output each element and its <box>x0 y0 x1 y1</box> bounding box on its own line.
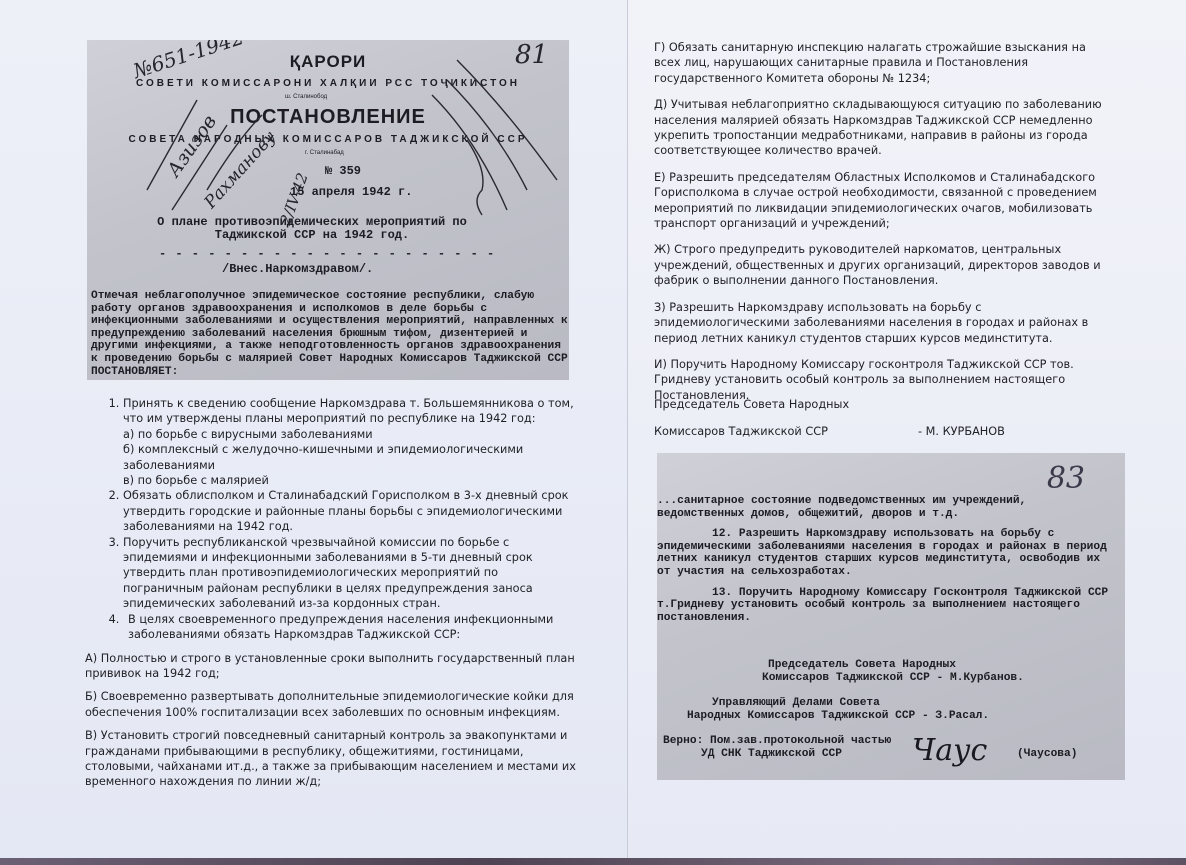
decree-text-left: Принять к сведению сообщение Наркомздрав… <box>102 396 582 790</box>
handwritten-page-number: 83 <box>1047 461 1085 496</box>
scan-certification: Верно: Пом.зав.протокольной частью УД СН… <box>663 735 891 760</box>
scan-body: ...санитарное состояние подведомственных… <box>657 495 1117 632</box>
scan-certifier-name: (Чаусова) <box>1017 748 1077 760</box>
list-item: Принять к сведению сообщение Наркомздрав… <box>123 396 582 488</box>
signature-block: Председатель Совета Народных Комиссаров … <box>654 398 1124 452</box>
handwriting-strokes <box>87 40 569 380</box>
lettered-item: И) Поручить Народному Комиссару госконтр… <box>654 357 1114 403</box>
decree-text-right: Г) Обязать санитарную инспекцию налагать… <box>654 40 1114 414</box>
lettered-item: В) Установить строгий повседневный санит… <box>85 728 582 790</box>
signature-title-line1: Председатель Совета Народных <box>654 398 1124 425</box>
archival-scan-decree-end: 83 ...санитарное состояние подведомствен… <box>657 453 1125 780</box>
scan-item-12: 12. Разрешить Наркомздраву использовать … <box>657 528 1117 578</box>
lettered-item: Е) Разрешить председателям Областных Исп… <box>654 170 1114 232</box>
handwritten-signature: Чаус <box>912 733 987 768</box>
scan-manager-signature: Управляющий Делами Совета Народных Комис… <box>687 697 989 722</box>
table-surface <box>0 858 1186 865</box>
sub-item: в) по борьбе с малярией <box>123 473 582 488</box>
signature-title-line2: Комиссаров Таджикской ССР <box>654 425 1124 452</box>
numbered-list: Принять к сведению сообщение Наркомздрав… <box>102 396 582 643</box>
scan-chair-signature: Председатель Совета Народных Комиссаров … <box>762 659 1024 684</box>
scan-fragment: ...санитарное состояние подведомственных… <box>657 495 1117 520</box>
list-item: Поручить республиканской чрезвычайной ко… <box>123 535 582 612</box>
sub-item: а) по борьбе с вирусными заболеваниями <box>123 427 582 442</box>
document-spread: №651-1942 81 ҚАРОРИ СОВЕТИ КОМИССАРОНИ Х… <box>0 0 1186 860</box>
sub-item: б) комплексный с желудочно-кишечными и э… <box>123 442 582 473</box>
signatory-name: - М. КУРБАНОВ <box>918 425 1005 438</box>
left-page: №651-1942 81 ҚАРОРИ СОВЕТИ КОМИССАРОНИ Х… <box>0 0 627 860</box>
lettered-item: Б) Своевременно развертывать дополнитель… <box>85 689 582 720</box>
lettered-item: Ж) Строго предупредить руководителей нар… <box>654 242 1114 288</box>
lettered-item: А) Полностью и строго в установленные ср… <box>85 651 582 682</box>
archival-scan-decree-header: №651-1942 81 ҚАРОРИ СОВЕТИ КОМИССАРОНИ Х… <box>87 40 569 380</box>
list-item: В целях своевременного предупреждения на… <box>123 612 582 643</box>
lettered-items-left: А) Полностью и строго в установленные ср… <box>85 651 582 790</box>
lettered-item: Д) Учитывая неблагоприятно складывающуюс… <box>654 97 1114 159</box>
scan-item-13: 13. Поручить Народному Комиссару Госконт… <box>657 587 1117 625</box>
lettered-item: З) Разрешить Наркомздраву использовать н… <box>654 300 1114 346</box>
lettered-item: Г) Обязать санитарную инспекцию налагать… <box>654 40 1114 86</box>
list-item: Обязать облисполком и Сталинабадский Гор… <box>123 488 582 534</box>
